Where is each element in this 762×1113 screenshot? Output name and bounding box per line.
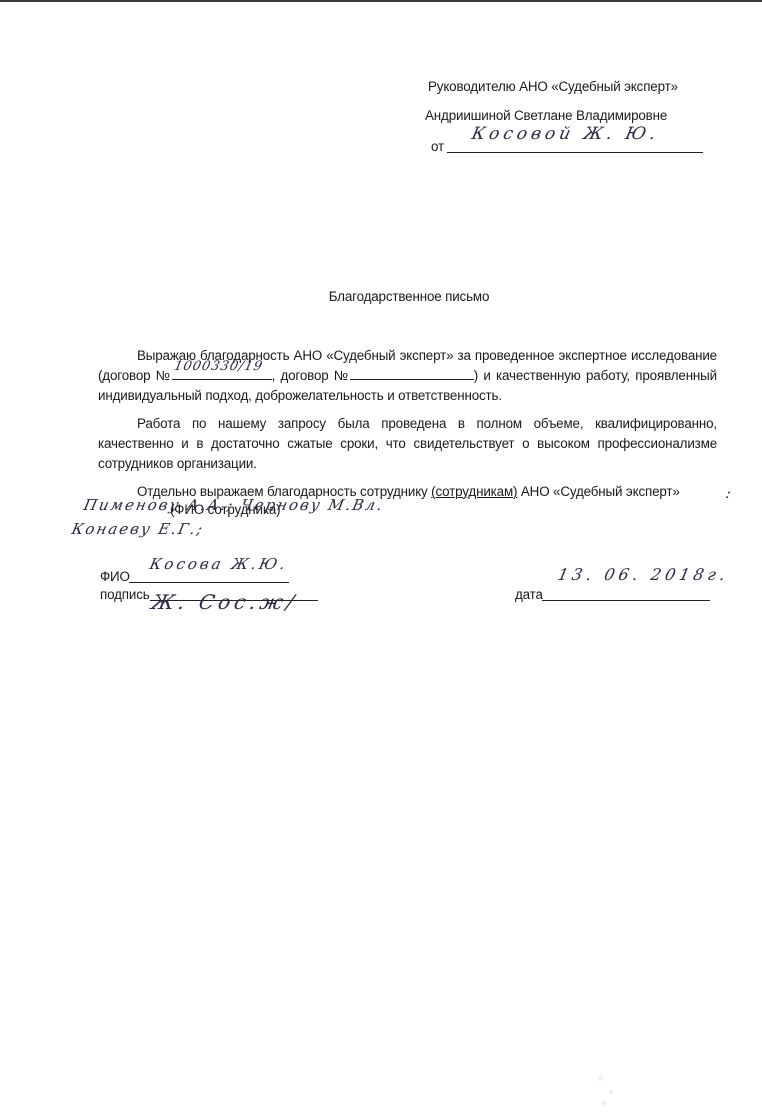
fio-label: ФИО [100, 569, 130, 584]
paragraph-3-text-b: АНО «Судебный эксперт» [517, 484, 679, 499]
fio-line [129, 582, 289, 583]
paragraph-2-text: Работа по нашему запросу была проведена … [98, 416, 717, 471]
handwritten-employee-names-2: Конаеву Е.Г.; [70, 520, 206, 538]
scan-artifacts [590, 1065, 625, 1110]
letter-title: Благодарственное письмо [0, 289, 762, 304]
addressee-line-1: Руководителю АНО «Судебный эксперт» [428, 79, 678, 94]
from-line [447, 152, 703, 153]
date-line [542, 600, 710, 601]
handwritten-employee-names-1: Пименову А.А.; Чернову М.Вл. [82, 496, 386, 514]
from-label: от [431, 139, 444, 154]
date-label: дата [515, 587, 543, 602]
paragraph-gratitude: Выражаю благодарность АНО «Судебный эксп… [98, 346, 717, 406]
scan-top-border [0, 0, 762, 2]
contract-number-1-field: 1000330/19 [172, 366, 272, 380]
contract-number-1-handwritten: 1000330/19 [171, 357, 264, 377]
paragraph-3-underlined: (сотрудникам) [431, 484, 517, 499]
handwritten-mark: : [724, 484, 735, 502]
from-handwritten-name: Косовой Ж. Ю. [470, 124, 661, 144]
addressee-line-2: Андриишиной Светлане Владимировне [425, 108, 667, 123]
paragraph-work-quality: Работа по нашему запросу была проведена … [98, 414, 717, 474]
fio-handwritten: Косова Ж.Ю. [148, 555, 290, 573]
signature-handwritten: Ж. Сос.ж/ [149, 590, 300, 614]
date-handwritten: 13. 06. 2018г. [556, 565, 731, 584]
paragraph-1-text-b: , договор № [272, 368, 350, 383]
contract-number-2-field [350, 366, 474, 380]
signature-label: подпись [100, 587, 150, 602]
